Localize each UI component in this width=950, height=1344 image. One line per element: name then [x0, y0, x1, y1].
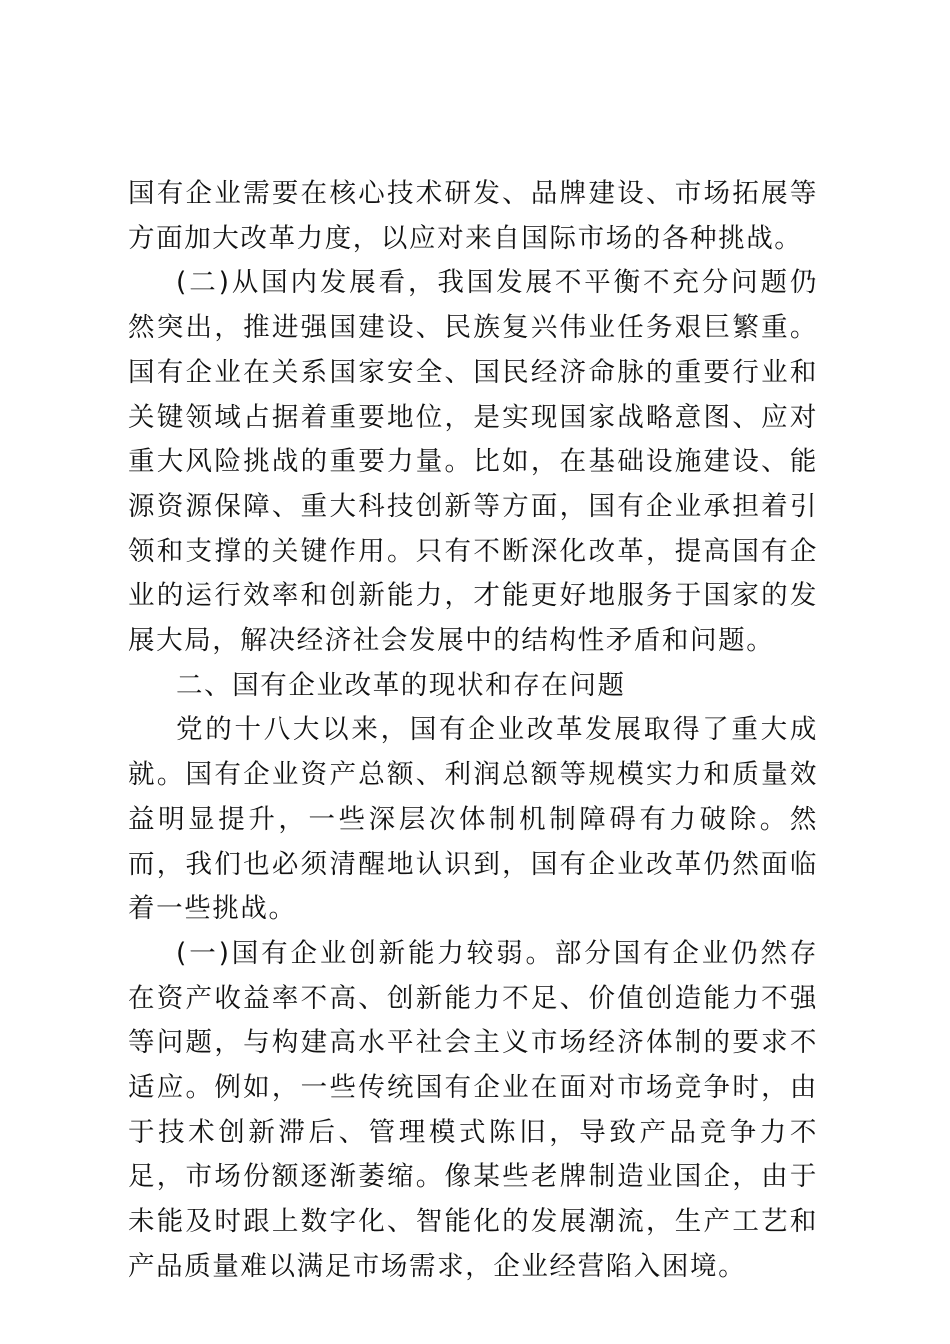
paragraph-reform-achievements: 党的十八大以来，国有企业改革发展取得了重大成就。国有企业资产总额、利润总额等规模…: [128, 708, 818, 932]
paragraph-domestic-development: (二)从国内发展看，我国发展不平衡不充分问题仍然突出，推进强国建设、民族复兴伟业…: [128, 261, 818, 663]
document-body: 国有企业需要在核心技术研发、品牌建设、市场拓展等方面加大改革力度，以应对来自国际…: [128, 172, 818, 1290]
section-heading-reform-status: 二、国有企业改革的现状和存在问题: [128, 664, 818, 709]
paragraph-continuation: 国有企业需要在核心技术研发、品牌建设、市场拓展等方面加大改革力度，以应对来自国际…: [128, 172, 818, 261]
paragraph-innovation-weakness: (一)国有企业创新能力较弱。部分国有企业仍然存在资产收益率不高、创新能力不足、价…: [128, 932, 818, 1290]
document-page: 国有企业需要在核心技术研发、品牌建设、市场拓展等方面加大改革力度，以应对来自国际…: [0, 0, 950, 1344]
